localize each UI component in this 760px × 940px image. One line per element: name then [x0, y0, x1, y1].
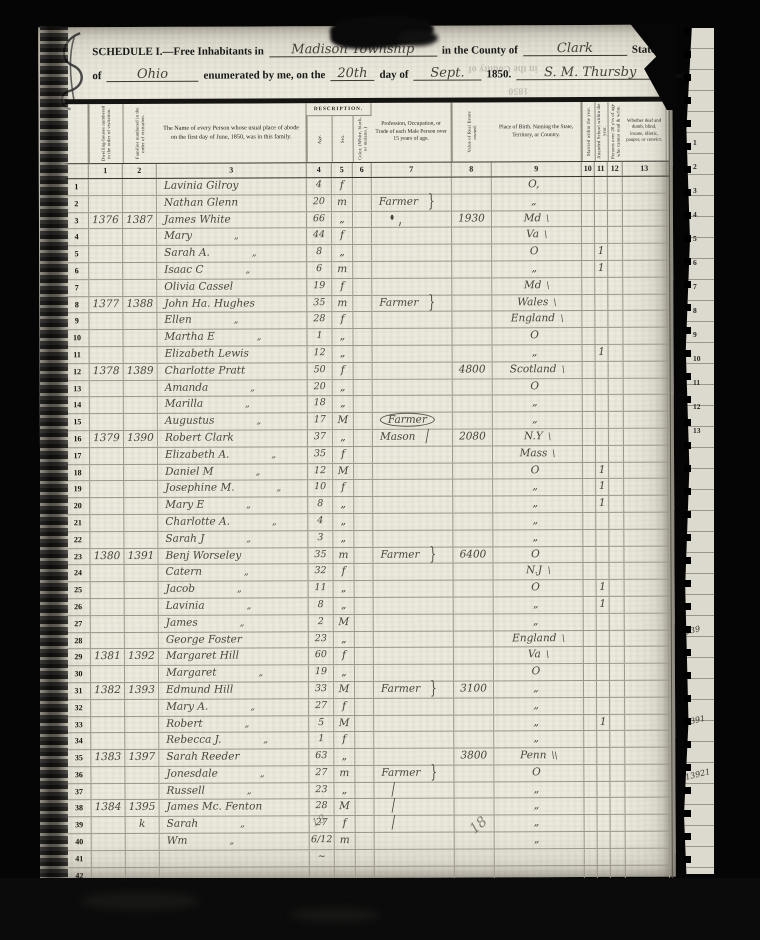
title-text-6: day of	[379, 69, 408, 81]
cell-married	[582, 328, 595, 344]
form-title: SCHEDULE I. —Free Inhabitants in Madison…	[92, 43, 667, 83]
cell-dwelling-number: 1384	[92, 800, 126, 816]
cell-name: Marilla„	[158, 397, 308, 413]
cell-age: 66	[307, 212, 332, 228]
cell-real-estate-value: 2080	[453, 429, 493, 445]
cell-remarks	[626, 798, 670, 814]
cell-age: 27	[309, 766, 334, 782]
cell-remarks	[623, 277, 667, 293]
cell-married	[582, 244, 595, 260]
cell-birthplace: Mass\	[493, 446, 583, 462]
cell-age: 19	[309, 665, 334, 681]
cell-attended-school: 1	[596, 462, 609, 478]
cell-dwelling-number	[90, 465, 124, 481]
cell-name: James Mc. Fenton	[160, 800, 310, 816]
colnum-9: 9	[492, 162, 582, 176]
cell-age: ∼	[310, 850, 335, 866]
cell-color	[355, 648, 374, 664]
cell-family-number	[123, 313, 157, 329]
cell-color	[355, 615, 374, 631]
cell-family-number	[125, 616, 159, 632]
colnum-1: 1	[89, 164, 123, 178]
cell-birthplace: Scotland\	[493, 362, 583, 378]
cell-married	[583, 563, 596, 579]
header-age: Age.	[307, 116, 332, 162]
photo-bottom-band	[0, 878, 760, 940]
cell-sex: „	[333, 531, 354, 547]
cell-cannot-read	[609, 429, 624, 445]
cell-cannot-read	[609, 546, 624, 562]
cell-birthplace: „	[494, 715, 584, 731]
header-married: Married within the year.	[581, 102, 594, 161]
cell-line-number: 35	[67, 750, 91, 766]
cell-family-number	[125, 599, 159, 615]
cell-occupation	[372, 329, 452, 345]
cell-name: Nathan Glenn	[157, 195, 307, 211]
cell-cannot-read	[609, 395, 624, 411]
cell-attended-school: 1	[597, 597, 610, 613]
cell-name: Robert„	[159, 716, 309, 732]
cell-family-number	[124, 515, 158, 531]
cell-line-number: 29	[67, 649, 91, 665]
cell-cannot-read	[611, 815, 626, 831]
cell-remarks	[624, 445, 668, 461]
cell-dwelling-number: 1378	[90, 364, 124, 380]
cell-birthplace: O,	[492, 177, 582, 193]
cell-birthplace: Penn\\	[494, 748, 584, 764]
cell-sex: „	[334, 581, 355, 597]
cell-remarks	[625, 580, 669, 596]
cell-age: 6	[307, 262, 332, 278]
cell-remarks	[624, 378, 668, 394]
cell-sex: „	[334, 749, 355, 765]
cell-cannot-read	[608, 194, 623, 210]
cell-birthplace: „	[495, 815, 585, 831]
cell-attended-school	[597, 647, 610, 663]
cell-occupation: Farmer	[373, 413, 453, 429]
cell-occupation	[373, 514, 453, 530]
cell-family-number	[124, 448, 158, 464]
cell-name: Josephine M.„	[158, 481, 308, 497]
cell-occupation: Farmer}	[372, 194, 452, 210]
cell-dwelling-number	[89, 246, 123, 262]
cell-remarks	[626, 849, 670, 865]
cell-line-number: 38	[68, 801, 92, 817]
header-family: Families numbered in the order of visita…	[122, 104, 156, 163]
cell-remarks	[624, 412, 668, 428]
cell-occupation	[373, 564, 453, 580]
cell-line-number: 2	[65, 196, 89, 212]
cell-attended-school	[596, 429, 609, 445]
cell-birthplace: „	[493, 412, 583, 428]
header-name: The Name of every Person whose usual pla…	[156, 103, 306, 163]
cell-occupation: Farmer}	[374, 765, 454, 781]
cell-remarks	[623, 328, 667, 344]
cell-cannot-read	[609, 446, 624, 462]
cell-birthplace: „	[495, 832, 585, 848]
cell-remarks	[625, 681, 669, 697]
title-line-2: of Ohio enumerated by me, on the 20th da…	[92, 67, 667, 83]
next-page-line-number: 9	[693, 330, 709, 339]
header-sex: Sex.	[332, 116, 353, 162]
cell-family-number	[123, 263, 157, 279]
cell-birthplace: „	[494, 698, 584, 714]
next-page-line-number: 11	[693, 378, 709, 387]
cell-attended-school	[598, 849, 611, 865]
cell-color	[353, 262, 372, 278]
cell-color	[353, 178, 372, 194]
cell-age: 20	[307, 195, 332, 211]
header-occupation: Profession, Occupation, or Trade of each…	[371, 103, 451, 162]
cell-married	[585, 815, 598, 831]
cell-family-number: k	[126, 817, 160, 833]
cell-real-estate-value	[453, 345, 493, 361]
cell-birthplace: O	[493, 463, 583, 479]
header-real-estate: Value of Real Estate owned.	[451, 102, 491, 161]
cell-dwelling-number	[90, 498, 124, 514]
cell-dwelling-number	[89, 229, 123, 245]
census-page: in the County of 1850 SCHEDULE I. —Free …	[38, 25, 676, 880]
cell-cannot-read	[610, 647, 625, 663]
cell-age: 27	[309, 699, 334, 715]
cell-color	[354, 430, 373, 446]
cell-family-number: 1388	[123, 296, 157, 312]
cell-occupation	[374, 648, 454, 664]
cell-birthplace: Va\	[494, 647, 584, 663]
binding-holes	[684, 28, 691, 874]
cell-attended-school	[598, 798, 611, 814]
header-color: Color, (White, black, or mulatto.)	[353, 116, 372, 162]
cell-married	[582, 261, 595, 277]
cell-married	[582, 177, 595, 193]
cell-color	[353, 279, 372, 295]
cell-age: 11	[309, 581, 334, 597]
cell-real-estate-value: 3100	[454, 681, 494, 697]
cell-real-estate-value	[453, 446, 493, 462]
cell-name: Mary E„	[158, 497, 308, 513]
cell-family-number	[123, 196, 157, 212]
cell-sex: m	[333, 548, 354, 564]
cell-cannot-read	[609, 479, 624, 495]
cell-color	[356, 816, 375, 832]
cell-name: Olivia Cassel	[157, 279, 307, 295]
cell-sex: „	[334, 632, 355, 648]
cell-dwelling-number	[90, 481, 124, 497]
cell-birthplace: Md\	[492, 278, 582, 294]
cell-line-number: 12	[66, 364, 90, 380]
cell-remarks	[624, 429, 668, 445]
next-page-line-number: 13	[693, 426, 709, 435]
cell-occupation	[374, 749, 454, 765]
cell-remarks	[623, 193, 667, 209]
cell-name: Margaret„	[159, 665, 309, 681]
cell-cannot-read	[608, 294, 623, 310]
cell-occupation	[372, 178, 452, 194]
cell-dwelling-number	[91, 717, 125, 733]
cell-real-estate-value	[454, 782, 494, 798]
cell-family-number	[124, 397, 158, 413]
cell-name: Elizabeth Lewis	[158, 346, 308, 362]
colnum-gutter	[65, 164, 89, 178]
cell-family-number	[123, 330, 157, 346]
cell-occupation	[374, 581, 454, 597]
cell-family-number	[125, 666, 159, 682]
colnum-8: 8	[452, 162, 492, 176]
cell-cannot-read	[610, 748, 625, 764]
cell-birthplace: „	[493, 345, 583, 361]
cell-attended-school	[597, 614, 610, 630]
cell-family-number	[124, 464, 158, 480]
cell-cannot-read	[610, 580, 625, 596]
cell-color	[354, 497, 373, 513]
cell-age: 19	[307, 279, 332, 295]
cell-dwelling-number	[91, 767, 125, 783]
cell-sex: „	[332, 329, 353, 345]
cell-color	[354, 514, 373, 530]
census-table: Dwelling-houses numbered in the order of…	[64, 97, 672, 887]
cell-dwelling-number: 1376	[89, 213, 123, 229]
cell-line-number: 11	[66, 347, 90, 363]
cell-sex: f	[332, 279, 353, 295]
cell-age: 18	[308, 396, 333, 412]
cell-real-estate-value	[453, 463, 493, 479]
cell-attended-school	[596, 513, 609, 529]
cell-name: Robert Clark	[158, 430, 308, 446]
cell-remarks	[624, 345, 668, 361]
cell-birthplace: „	[492, 261, 582, 277]
cell-birthplace: O	[493, 547, 583, 563]
cell-cannot-read	[609, 345, 624, 361]
cell-age: 44	[307, 228, 332, 244]
cell-real-estate-value: 4800	[453, 362, 493, 378]
cell-occupation	[374, 715, 454, 731]
cell-cannot-read	[608, 261, 623, 277]
cell-color	[355, 665, 374, 681]
cell-occupation: Farmer}	[372, 295, 452, 311]
cell-name: Mary„	[157, 229, 307, 245]
cell-real-estate-value	[454, 648, 494, 664]
cell-married	[582, 295, 595, 311]
next-page-line-number: 1	[693, 138, 709, 147]
cell-real-estate-value	[453, 480, 493, 496]
cell-line-number: 25	[67, 582, 91, 598]
cell-line-number: 3	[65, 213, 89, 229]
cell-attended-school	[595, 294, 608, 310]
cell-real-estate-value: 1930	[452, 211, 492, 227]
cell-attended-school	[596, 412, 609, 428]
cell-sex: m	[332, 296, 353, 312]
cell-birthplace: „	[494, 782, 584, 798]
cell-cannot-read	[608, 278, 623, 294]
cell-cannot-read	[608, 328, 623, 344]
cell-name: Martha E„	[157, 329, 307, 345]
cell-dwelling-number	[90, 448, 124, 464]
cell-real-estate-value	[454, 597, 494, 613]
cell-dwelling-number	[91, 733, 125, 749]
cell-sex: „	[332, 212, 353, 228]
cell-name: Isaac C„	[157, 262, 307, 278]
header-dwelling: Dwelling-houses numbered in the order of…	[88, 104, 122, 163]
cell-name: Sarah A.„	[157, 245, 307, 261]
cell-dwelling-number: 1380	[90, 549, 124, 565]
cell-married	[584, 647, 597, 663]
cell-name: Elizabeth A.„	[158, 447, 308, 463]
cell-cannot-read	[609, 362, 624, 378]
cell-age: 10	[308, 480, 333, 496]
cell-sex: f	[333, 564, 354, 580]
cell-age: 32	[308, 564, 333, 580]
cell-name: Edmund Hill	[159, 682, 309, 698]
cell-attended-school	[597, 698, 610, 714]
cell-name: Sarah„	[160, 816, 310, 832]
cell-sex: f	[334, 648, 355, 664]
cell-married	[583, 379, 596, 395]
cell-birthplace: O	[494, 580, 584, 596]
cell-married	[582, 194, 595, 210]
cell-dwelling-number	[89, 263, 123, 279]
cell-married	[583, 546, 596, 562]
cell-remarks	[626, 832, 670, 848]
cell-color	[355, 598, 374, 614]
cell-age: 12	[308, 346, 333, 362]
cell-family-number	[123, 229, 157, 245]
cell-line-number: 16	[66, 431, 90, 447]
bleed-through-year: 1850	[508, 85, 528, 96]
cell-cannot-read	[610, 782, 625, 798]
header-school: Attended School within the year.	[594, 102, 607, 161]
cell-cannot-read	[609, 462, 624, 478]
cell-color	[353, 245, 372, 261]
cell-sex: M	[334, 716, 355, 732]
cell-married	[584, 597, 597, 613]
cell-attended-school	[597, 664, 610, 680]
cell-occupation: Farmer}	[373, 547, 453, 563]
cell-real-estate-value	[453, 530, 493, 546]
cell-attended-school	[596, 395, 609, 411]
cell-real-estate-value	[452, 329, 492, 345]
cell-remarks	[624, 462, 668, 478]
cell-color	[353, 312, 372, 328]
colnum-10: 10	[582, 162, 595, 176]
cell-age: 50	[308, 363, 333, 379]
cell-cannot-read	[609, 378, 624, 394]
cell-attended-school	[595, 227, 608, 243]
cell-birthplace: Wales\	[492, 295, 582, 311]
cell-real-estate-value	[454, 665, 494, 681]
colnum-4: 4	[307, 163, 332, 177]
cell-line-number: 10	[65, 330, 89, 346]
cell-family-number: 1391	[124, 548, 158, 564]
cell-name: James„	[159, 615, 309, 631]
cell-color	[355, 631, 374, 647]
header-description-band: DESCRIPTION.	[306, 103, 371, 116]
cell-dwelling-number	[89, 179, 123, 195]
cell-color	[355, 581, 374, 597]
cell-attended-school	[596, 378, 609, 394]
cell-birthplace: England\	[492, 311, 582, 327]
colnum-2: 2	[123, 164, 157, 178]
cell-sex: M	[335, 799, 356, 815]
cell-family-number: 1390	[124, 431, 158, 447]
cell-family-number	[124, 565, 158, 581]
ink-blot	[398, 30, 438, 46]
cell-birthplace: „	[493, 479, 583, 495]
cell-line-number: 40	[68, 834, 92, 850]
cell-dwelling-number	[90, 532, 124, 548]
cell-married	[583, 530, 596, 546]
cell-attended-school	[596, 362, 609, 378]
cell-birthplace: England\	[494, 631, 584, 647]
cell-color	[356, 833, 375, 849]
marshal-signature: S. M. Thursby	[516, 67, 664, 81]
month-entry: Sept.	[413, 67, 481, 80]
cell-line-number: 14	[66, 398, 90, 414]
cell-occupation	[375, 833, 455, 849]
cell-real-estate-value	[455, 849, 495, 865]
cell-line-number: 39	[68, 817, 92, 833]
cell-real-estate-value	[454, 715, 494, 731]
cell-real-estate-value	[454, 765, 494, 781]
cell-real-estate-value	[454, 732, 494, 748]
cell-married	[583, 446, 596, 462]
cell-family-number: 1397	[125, 750, 159, 766]
cell-line-number: 32	[67, 700, 91, 716]
cell-age: 17	[308, 413, 333, 429]
cell-line-number: 20	[66, 498, 90, 514]
cell-family-number	[125, 733, 159, 749]
cell-sex: f	[335, 816, 356, 832]
cell-remarks	[625, 697, 669, 713]
cell-family-number	[125, 700, 159, 716]
schedule-label: SCHEDULE I.	[92, 46, 162, 58]
cell-remarks	[624, 395, 668, 411]
cell-line-number: 1	[65, 179, 89, 195]
cell-dwelling-number	[91, 700, 125, 716]
cell-real-estate-value	[452, 245, 492, 261]
cell-family-number	[125, 716, 159, 732]
title-text-5: enumerated by me, on the	[204, 69, 326, 82]
cell-dwelling-number	[89, 196, 123, 212]
cell-color	[354, 363, 373, 379]
cell-family-number: 1389	[124, 364, 158, 380]
cell-sex: f	[334, 732, 355, 748]
cell-married	[583, 513, 596, 529]
cell-occupation	[374, 614, 454, 630]
cell-remarks	[623, 261, 667, 277]
cell-color	[354, 413, 373, 429]
cell-color	[354, 480, 373, 496]
cell-remarks	[625, 613, 669, 629]
cell-cannot-read	[608, 244, 623, 260]
cell-age: 20	[308, 380, 333, 396]
colnum-11: 11	[595, 162, 608, 176]
cell-attended-school	[596, 530, 609, 546]
cell-name: Benj Worseley	[158, 548, 308, 564]
cell-name: Rebecca J.„	[159, 733, 309, 749]
cell-dwelling-number	[91, 582, 125, 598]
cell-real-estate-value	[454, 581, 494, 597]
cell-cannot-read	[610, 765, 625, 781]
header-cannot-read: Persons over 20 y'rs of age who cannot r…	[607, 102, 622, 161]
title-text-2: in the County of	[442, 44, 518, 56]
cell-sex: f	[332, 178, 353, 194]
cell-color	[355, 699, 374, 715]
cell-real-estate-value	[452, 228, 492, 244]
cell-family-number: 1387	[123, 212, 157, 228]
cell-cannot-read	[610, 664, 625, 680]
cell-remarks	[626, 815, 670, 831]
cell-age: 8	[307, 245, 332, 261]
